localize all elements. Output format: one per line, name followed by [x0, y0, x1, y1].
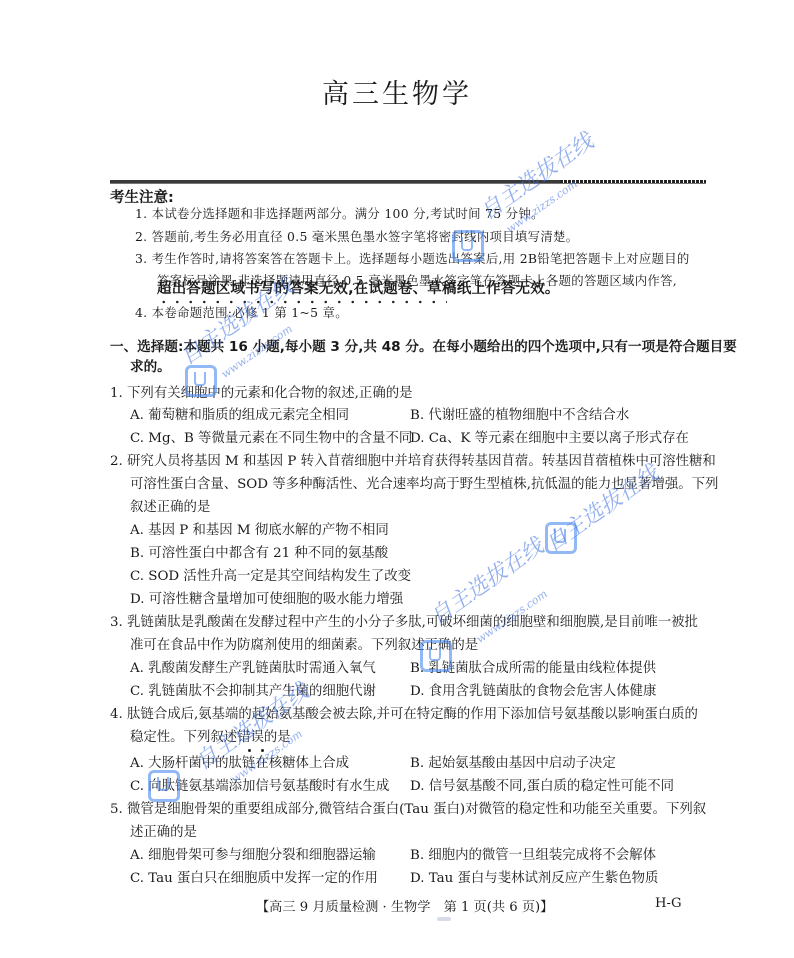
section-heading-cont: 求的。	[130, 358, 171, 376]
question-2-stem-cont-2: 叙述正确的是	[130, 499, 210, 517]
question-5-stem: 5. 微管是细胞骨架的重要组成部分,微管结合蛋白(Tau 蛋白)对微管的稳定性和…	[110, 801, 706, 819]
paper-code: H-G	[655, 896, 682, 911]
question-2-option-c: C. SOD 活性升高一定是其空间结构发生了改变	[130, 568, 411, 586]
question-2-stem: 2. 研究人员将基因 M 和基因 P 转入苜蓿细胞中并培育获得转基因苜蓿。转基因…	[110, 453, 716, 471]
page-footer: 【高三 9 月质量检测 · 生物学 第 1 页(共 6 页)】	[256, 896, 553, 915]
watermark-logo-icon	[148, 770, 180, 802]
question-1-option-c: C. Mg、B 等微量元素在不同生物中的含量不同	[130, 430, 412, 448]
emphasis-dot	[261, 749, 264, 752]
notice-heading: 考生注意:	[110, 186, 174, 207]
notice-item-2: 2. 答题前,考生务必用直径 0.5 毫米黑色墨水签字笔将密封线内项目填写清楚。	[135, 228, 578, 246]
emphasis-dot	[248, 749, 251, 752]
watermark-logo-icon	[420, 640, 452, 672]
notice-item-4: 4. 本卷命题范围:必修 1 第 1~5 章。	[135, 304, 348, 322]
question-3-option-c: C. 乳链菌肽不会抑制其产生菌的细胞代谢	[130, 683, 376, 701]
question-3-option-d: D. 食用含乳链菌肽的食物会危害人体健康	[410, 683, 656, 701]
question-5-option-a: A. 细胞骨架可参与细胞分裂和细胞器运输	[130, 847, 376, 865]
question-3-option-a: A. 乳酸菌发酵生产乳链菌肽时需通入氧气	[130, 660, 376, 678]
watermark-logo-icon	[185, 365, 217, 397]
question-5-option-d: D. Tau 蛋白与斐林试剂反应产生紫色物质	[410, 870, 658, 888]
question-4-option-b: B. 起始氨基酸由基因中启动子决定	[410, 755, 616, 773]
question-5-option-b: B. 细胞内的微管一旦组装完成将不会解体	[410, 847, 656, 865]
question-2-option-a: A. 基因 P 和基因 M 彻底水解的产物不相同	[130, 522, 389, 540]
question-4-option-d: D. 信号氨基酸不同,蛋白质的稳定性可能不同	[410, 778, 674, 796]
question-1-option-b: B. 代谢旺盛的植物细胞中不含结合水	[410, 407, 629, 425]
question-5-stem-cont: 述正确的是	[130, 824, 197, 842]
question-4-stem: 4. 肽链合成后,氨基端的起始氨基酸会被去除,并可在特定酶的作用下添加信号氨基酸…	[110, 706, 698, 724]
question-2-stem-cont: 可溶性蛋白含量、SOD 等多种酶活性、光合速率均高于野生型植株,抗低温的能力也显…	[130, 476, 718, 494]
page-title: 高三生物学	[0, 72, 794, 111]
question-1-option-a: A. 葡萄糖和脂质的组成元素完全相同	[130, 407, 349, 425]
watermark-logo-icon	[545, 522, 577, 554]
notice-item-3: 3. 考生作答时,请将答案答在答题卡上。选择题每小题选出答案后,用 2B铅笔把答…	[135, 250, 690, 268]
watermark-logo-icon	[452, 230, 484, 262]
question-2-option-b: B. 可溶性蛋白中都含有 21 种不同的氨基酸	[130, 545, 388, 563]
question-3-stem: 3. 乳链菌肽是乳酸菌在发酵过程中产生的小分子多肽,可破坏细菌的细胞壁和细胞膜,…	[110, 614, 698, 632]
notice-item-1: 1. 本试卷分选择题和非选择题两部分。满分 100 分,考试时间 75 分钟。	[135, 205, 544, 223]
header-divider-dashed	[560, 180, 706, 183]
notice-item-3-emphasis: 超出答题区域书写的答案无效,在试题卷、草稿纸上作答无效。	[157, 280, 560, 298]
scan-smudge	[437, 917, 451, 921]
question-5-option-c: C. Tau 蛋白只在细胞质中发挥一定的作用	[130, 870, 378, 888]
question-1-option-d: D. Ca、K 等元素在细胞中主要以离子形式存在	[410, 430, 689, 448]
exam-page: 高三生物学 考生注意: 1. 本试卷分选择题和非选择题两部分。满分 100 分,…	[0, 0, 794, 958]
question-2-option-d: D. 可溶性糖含量增加可使细胞的吸水能力增强	[130, 591, 403, 609]
question-4-stem-cont: 稳定性。下列叙述错误的是	[130, 729, 291, 747]
section-heading: 一、选择题:本题共 16 小题,每小题 3 分,共 48 分。在每小题给出的四个…	[110, 338, 737, 356]
question-1-stem: 1. 下列有关细胞中的元素和化合物的叙述,正确的是	[110, 385, 413, 403]
